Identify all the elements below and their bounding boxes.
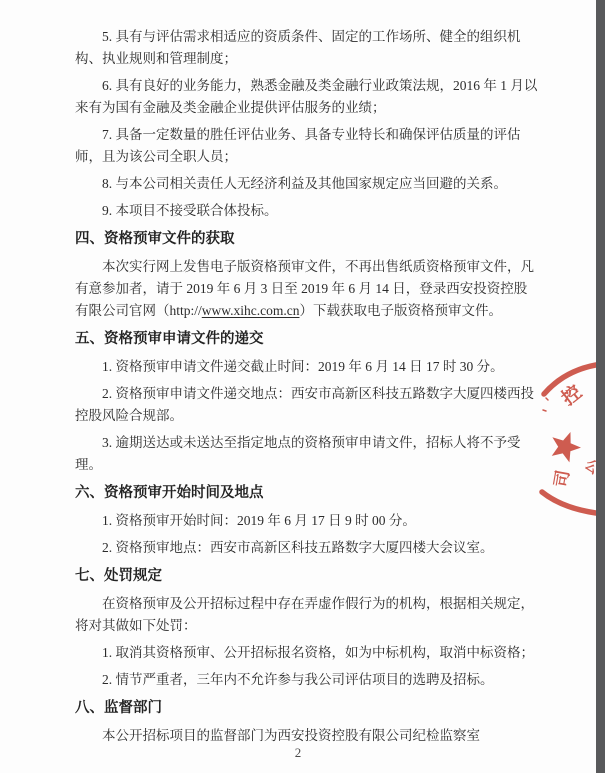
list-item-7: 7. 具备一定数量的胜任评估业务、具备专业特长和确保评估质量的评估师，且为该公司… xyxy=(75,124,538,168)
stamp-bottom-arc xyxy=(542,492,596,513)
document-body: 5. 具有与评估需求相适应的资质条件、固定的工作场所、健全的组织机构、执业规则和… xyxy=(75,26,538,752)
stamp-star xyxy=(546,427,584,465)
section-4-paragraph: 本次实行网上发售电子版资格预审文件，不再出售纸质资格预审文件，凡有意参加者，请于… xyxy=(75,256,538,322)
list-item-6: 6. 具有良好的业务能力，熟悉金融及类金融行业政策法规，2016 年 1 月以来… xyxy=(75,75,538,119)
section-6-item-2: 2. 资格预审地点：西安市高新区科技五路数字大厦四楼大会议室。 xyxy=(75,537,538,559)
section-7-item-1: 1. 取消其资格预审、公开招标报名资格，如为中标机构，取消中标资格； xyxy=(75,642,538,664)
section-heading-6: 六、资格预审开始时间及地点 xyxy=(75,482,538,504)
section-heading-7: 七、处罚规定 xyxy=(75,565,538,587)
section-heading-8: 八、监督部门 xyxy=(75,697,538,719)
stamp-top-arc xyxy=(544,365,596,394)
scanned-document-page: 5. 具有与评估需求相适应的资质条件、固定的工作场所、健全的组织机构、执业规则和… xyxy=(0,0,605,773)
section-5-item-3: 3. 逾期送达或未送达至指定地点的资格预审申请文件，招标人将不予受理。 xyxy=(75,432,538,476)
list-item-9: 9. 本项目不接受联合体投标。 xyxy=(75,200,538,222)
red-seal-stamp-icon: 控 公 司 xyxy=(538,358,596,533)
page-number: 2 xyxy=(0,745,596,761)
scan-page-edge xyxy=(596,0,605,773)
stamp-character-mid: 公 xyxy=(581,457,596,479)
section-8-paragraph: 本公开招标项目的监督部门为西安投资控股有限公司纪检监察室 xyxy=(75,725,538,747)
section-6-item-1: 1. 资格预审开始时间：2019 年 6 月 17 日 9 时 00 分。 xyxy=(75,510,538,532)
stamp-noise-mark xyxy=(543,398,548,411)
section-7-intro: 在资格预审及公开招标过程中存在弄虚作假行为的机构，根据相关规定，将对其做如下处罚… xyxy=(75,593,538,637)
list-item-8: 8. 与本公司相关责任人无经济利益及其他国家规定应当回避的关系。 xyxy=(75,173,538,195)
section-heading-4: 四、资格预审文件的获取 xyxy=(75,228,538,250)
paragraph-text: ）下载获取电子版资格预审文件。 xyxy=(300,303,503,318)
section-5-item-1: 1. 资格预审申请文件递交截止时间：2019 年 6 月 14 日 17 时 3… xyxy=(75,356,538,378)
section-5-item-2: 2. 资格预审申请文件递交地点：西安市高新区科技五路数字大厦四楼西投控股风险合规… xyxy=(75,383,538,427)
website-link[interactable]: www.xihc.com.cn xyxy=(202,303,300,318)
section-heading-5: 五、资格预审申请文件的递交 xyxy=(75,328,538,350)
section-7-item-2: 2. 情节严重者，三年内不允许参与我公司评估项目的选聘及招标。 xyxy=(75,669,538,691)
stamp-character-top: 控 xyxy=(557,380,586,410)
list-item-5: 5. 具有与评估需求相适应的资质条件、固定的工作场所、健全的组织机构、执业规则和… xyxy=(75,26,538,70)
stamp-character-bottom: 司 xyxy=(551,469,573,489)
